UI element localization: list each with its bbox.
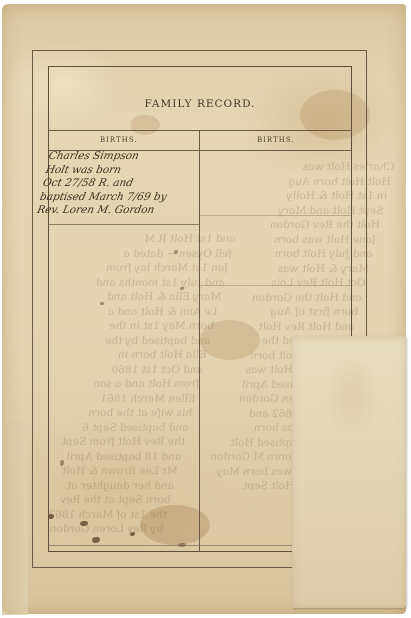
ghost-line: Mary Ella & Holt and (73, 290, 223, 305)
ghost-line: and her daughter at (26, 479, 176, 494)
ghost-line: born May 1st in the (66, 319, 216, 334)
entry-line: Oct 27/58 R. and (41, 177, 194, 191)
ghost-line: Le Ann & Holt and a (70, 305, 220, 320)
ghost-line: fell Oysen ~ dated a (84, 247, 234, 262)
ghost-line: Sept Holt and Mary (238, 204, 386, 219)
entry-line: baptised March 7/69 by (39, 191, 192, 205)
ghost-line: by Rev Loren Gordon (15, 522, 165, 537)
entry-line: Rev. Loren M. Gordon (36, 204, 189, 218)
ghost-line: in 1st Holt & Holly (241, 189, 389, 204)
column-header-births-right: BIRTHS. (257, 136, 295, 144)
row-rule (48, 224, 199, 225)
ghost-line: and Holt Rev Holt (209, 320, 357, 335)
column-header-births-left: BIRTHS. (100, 136, 138, 144)
ghost-line: and baptised by the (62, 334, 212, 349)
entry-line: Holt was born (44, 164, 197, 178)
ghost-line: Holt the Rev Gordon (234, 218, 382, 233)
ghost-line: his wife at the born (44, 406, 194, 421)
ghost-line: and 18 baptised April (33, 450, 183, 465)
ghost-line: from Holt and a son (52, 377, 202, 392)
ghost-line: and 1st Holt R M (88, 232, 238, 247)
entry-line: Charles Simpson (47, 150, 200, 164)
ghost-line: Mr Lee Brown & Holt (30, 464, 180, 479)
ghost-line: Ella Holt born in (59, 348, 209, 363)
ghost-line: born first of Aug (212, 305, 360, 320)
ghost-line: Charles Holt was (248, 160, 396, 175)
page-title: FAMILY RECORD. (48, 98, 352, 110)
ghost-line: and July 1st months and (77, 276, 227, 291)
ghost-line: born Sept at the Rev (23, 493, 173, 508)
birth-entry: Charles Simpson Holt was born Oct 27/58 … (36, 150, 200, 218)
ghost-line: Mary & Holt was (223, 262, 371, 277)
ghost-line: Ellen March 1861 (48, 392, 198, 407)
scanned-page: FAMILY RECORD. BIRTHS. BIRTHS. and 1st H… (0, 0, 411, 618)
ghost-line: the Rev Holt from Sept (37, 435, 187, 450)
ghost-line: Oct Holt Rev Lois (219, 276, 367, 291)
ghost-line: and baptised Sept 6 (41, 421, 191, 436)
header-top-rule (48, 130, 352, 131)
ghost-line: Holt Holt born Aug (245, 175, 393, 190)
ghost-line: and Oct 1st 1860 (55, 363, 205, 378)
ghost-line: and July Holt born (227, 247, 375, 262)
ghost-line: Jane Holt was born (230, 233, 378, 248)
ghost-line: the 1st of March 1863 (19, 508, 169, 523)
pasted-paper-slip (292, 336, 406, 608)
ghost-line: and Holt the Gordon (216, 291, 364, 306)
ghost-line: Jan 1st March lay from (80, 261, 230, 276)
